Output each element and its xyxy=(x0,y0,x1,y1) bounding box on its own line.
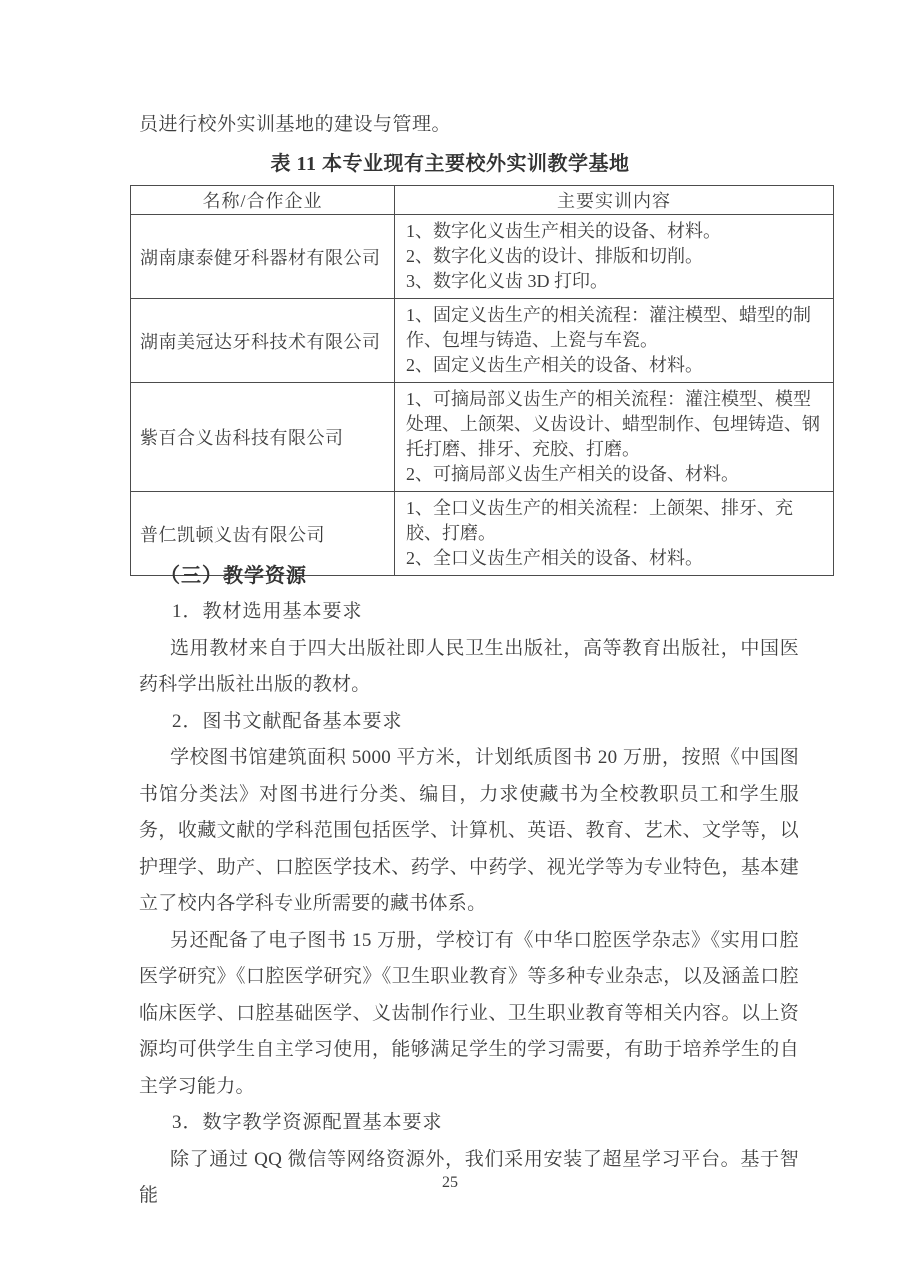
training-content-cell: 1、数字化义齿生产相关的设备、材料。2、数字化义齿的设计、排版和切削。3、数字化… xyxy=(395,215,834,299)
intro-paragraph: 员进行校外实训基地的建设与管理。 xyxy=(139,113,819,137)
training-content-cell: 1、固定义齿生产的相关流程：灌注模型、蜡型的制作、包埋与铸造、上瓷与车瓷。2、固… xyxy=(395,299,834,383)
subitem-heading: 1．教材选用基本要求 xyxy=(139,594,799,631)
training-content-cell: 1、全口义齿生产的相关流程：上颌架、排牙、充胶、打磨。2、全口义齿生产相关的设备… xyxy=(395,492,834,576)
header-cell-content: 主要实训内容 xyxy=(395,186,834,215)
page-number: 25 xyxy=(0,1174,900,1192)
training-item: 2、全口义齿生产相关的设备、材料。 xyxy=(406,546,823,571)
company-name-cell: 紫百合义齿科技有限公司 xyxy=(131,383,395,492)
subitem-heading: 2．图书文献配备基本要求 xyxy=(139,704,799,741)
training-item: 1、数字化义齿生产相关的设备、材料。 xyxy=(406,219,823,244)
subitem-heading: 3．数字教学资源配置基本要求 xyxy=(139,1105,799,1142)
company-name-cell: 湖南美冠达牙科技术有限公司 xyxy=(131,299,395,383)
document-page: 员进行校外实训基地的建设与管理。 表 11 本专业现有主要校外实训教学基地 名称… xyxy=(0,0,900,1273)
section-heading: （三）教学资源 xyxy=(160,559,307,588)
training-item: 2、固定义齿生产相关的设备、材料。 xyxy=(406,353,823,378)
training-item: 1、全口义齿生产的相关流程：上颌架、排牙、充胶、打磨。 xyxy=(406,496,823,546)
training-item: 2、可摘局部义齿生产相关的设备、材料。 xyxy=(406,462,823,487)
paragraph: 选用教材来自于四大出版社即人民卫生出版社，高等教育出版社，中国医药科学出版社出版… xyxy=(139,631,799,704)
table-header-row: 名称/合作企业 主要实训内容 xyxy=(131,186,834,215)
table-title: 表 11 本专业现有主要校外实训教学基地 xyxy=(0,147,900,176)
paragraph: 另还配备了电子图书 15 万册，学校订有《中华口腔医学杂志》《实用口腔医学研究》… xyxy=(139,923,799,1106)
training-bases-table: 名称/合作企业 主要实训内容 湖南康泰健牙科器材有限公司 1、数字化义齿生产相关… xyxy=(130,185,834,576)
training-item: 1、固定义齿生产的相关流程：灌注模型、蜡型的制作、包埋与铸造、上瓷与车瓷。 xyxy=(406,303,823,353)
header-cell-name: 名称/合作企业 xyxy=(131,186,395,215)
table-row: 紫百合义齿科技有限公司 1、可摘局部义齿生产的相关流程：灌注模型、模型处理、上颌… xyxy=(131,383,834,492)
company-name-cell: 湖南康泰健牙科器材有限公司 xyxy=(131,215,395,299)
table-row: 湖南美冠达牙科技术有限公司 1、固定义齿生产的相关流程：灌注模型、蜡型的制作、包… xyxy=(131,299,834,383)
paragraph: 学校图书馆建筑面积 5000 平方米，计划纸质图书 20 万册，按照《中国图书馆… xyxy=(139,740,799,923)
training-item: 3、数字化义齿 3D 打印。 xyxy=(406,269,823,294)
training-item: 1、可摘局部义齿生产的相关流程：灌注模型、模型处理、上颌架、义齿设计、蜡型制作、… xyxy=(406,387,823,462)
table-row: 湖南康泰健牙科器材有限公司 1、数字化义齿生产相关的设备、材料。2、数字化义齿的… xyxy=(131,215,834,299)
training-content-cell: 1、可摘局部义齿生产的相关流程：灌注模型、模型处理、上颌架、义齿设计、蜡型制作、… xyxy=(395,383,834,492)
training-item: 2、数字化义齿的设计、排版和切削。 xyxy=(406,244,823,269)
section-body: 1．教材选用基本要求 选用教材来自于四大出版社即人民卫生出版社，高等教育出版社，… xyxy=(139,594,799,1215)
